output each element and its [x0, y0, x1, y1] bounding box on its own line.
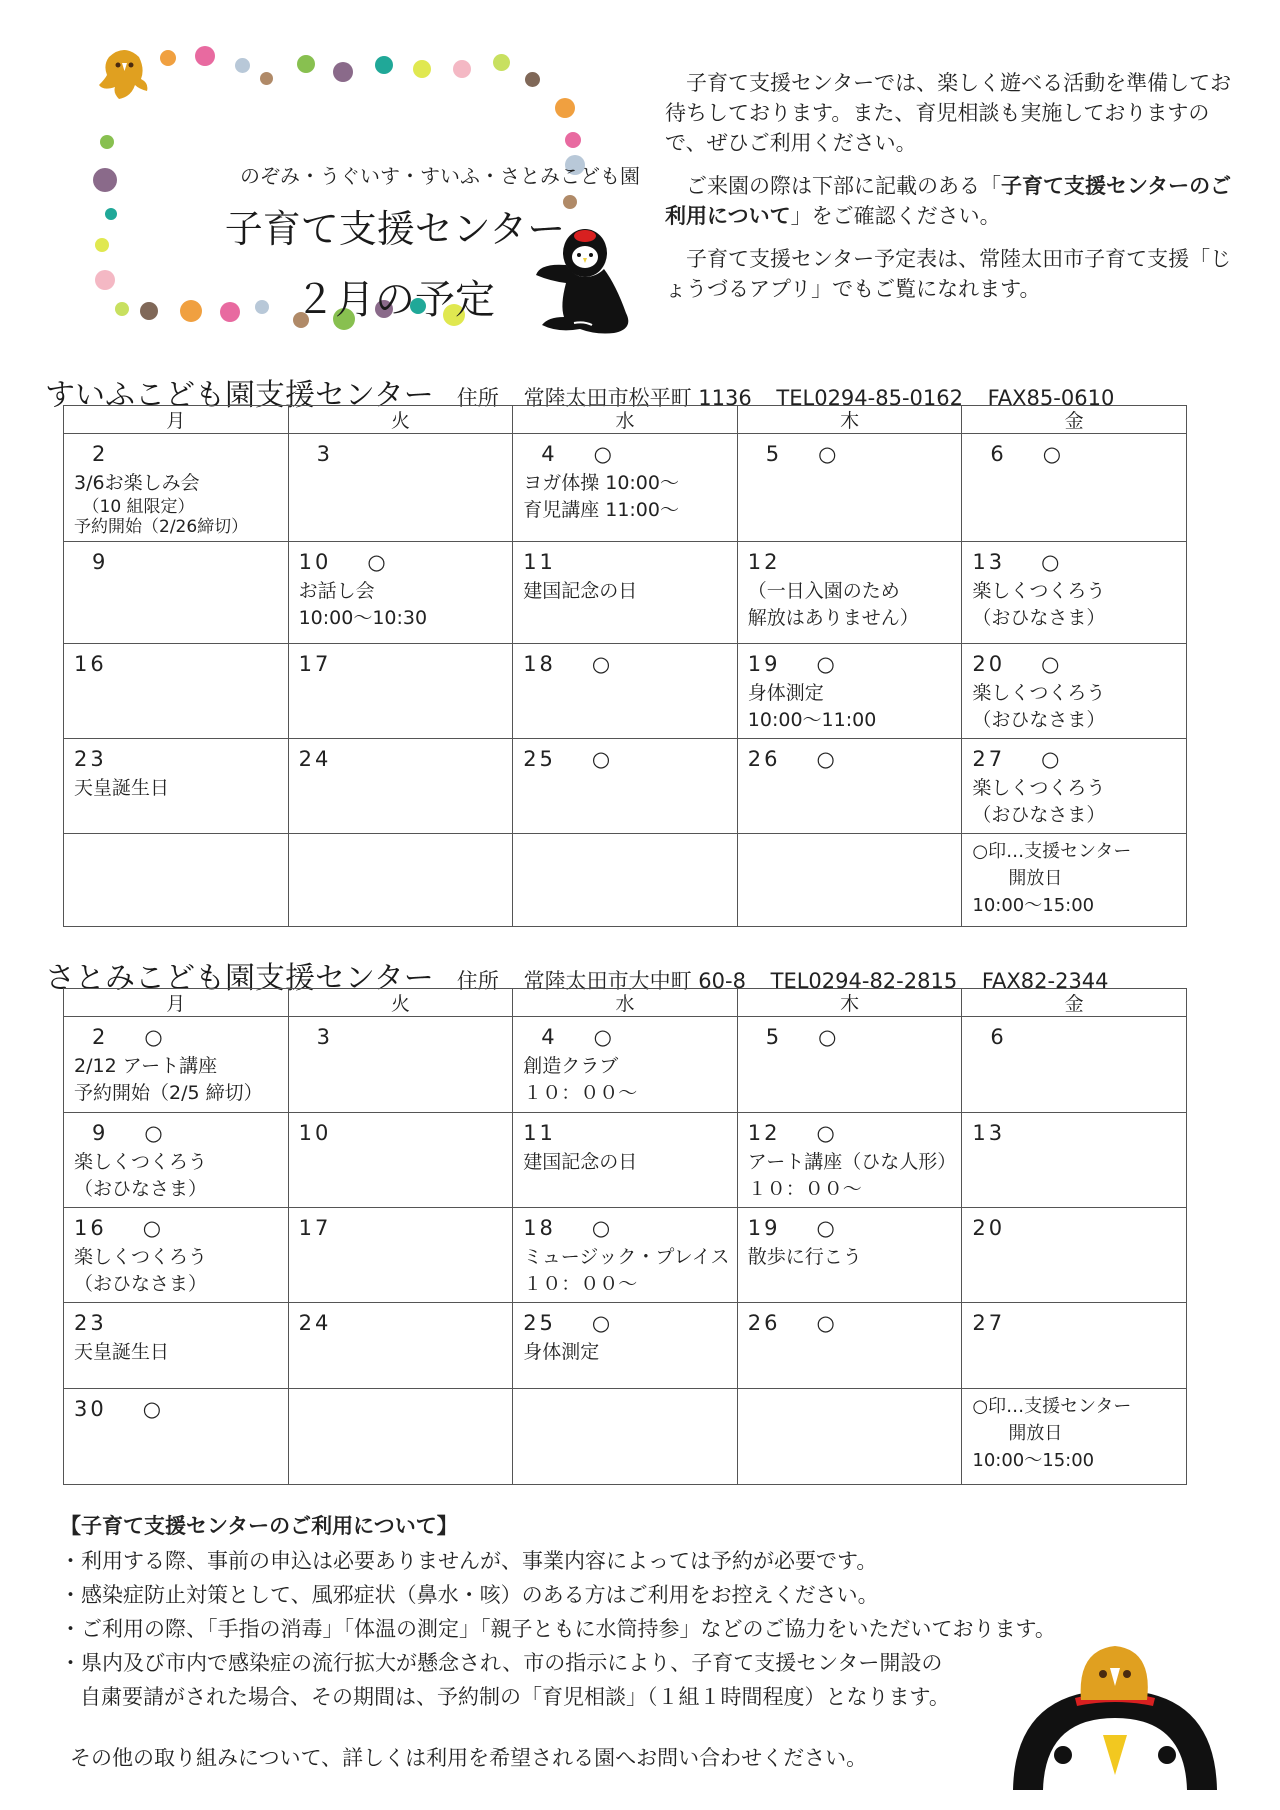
calendar-week-row: 9○楽しくつくろう（おひなさま）1011建国記念の日12○アート講座（ひな人形）…: [64, 1113, 1187, 1208]
orange-bird-mascot-icon: [95, 45, 153, 103]
calendar-day-cell: [513, 1389, 738, 1485]
day-number: 10: [299, 1117, 503, 1149]
calendar-day-cell: 13○楽しくつくろう（おひなさま）: [962, 542, 1187, 644]
day-number: 6: [972, 1021, 1176, 1053]
weekday-header: 木: [737, 989, 962, 1017]
day-number-text: 4: [541, 1025, 557, 1049]
event-text: 楽しくつくろう: [972, 578, 1176, 605]
weekday-header: 水: [513, 406, 738, 434]
decorative-dot: [235, 58, 250, 73]
calendar-day-cell: 24: [288, 1303, 513, 1389]
legend-line: ○印…支援センター: [972, 1393, 1176, 1420]
day-number-text: 17: [299, 1216, 332, 1240]
day-number-text: 24: [299, 747, 332, 771]
decorative-dot: [333, 62, 353, 82]
day-number-text: 20: [972, 652, 1005, 676]
calendar-day-cell: 27: [962, 1303, 1187, 1389]
day-number: [748, 1393, 952, 1425]
calendar-day-cell: 25○: [513, 739, 738, 834]
event-text: ミュージック・プレイス: [523, 1244, 727, 1271]
calendar-day-cell: 3: [288, 1017, 513, 1113]
day-number: 24: [299, 743, 503, 775]
open-day-circle-icon: ○: [592, 652, 613, 676]
calendar-week-row: 2○2/12 アート講座予約開始（2/5 締切）34○創造クラブ１０：００～5○…: [64, 1017, 1187, 1113]
day-number: 9: [74, 546, 278, 578]
event-text: 3/6お楽しみ会: [74, 470, 278, 497]
day-number: 17: [299, 1212, 503, 1244]
day-number-text: 25: [523, 747, 556, 771]
event-text: 楽しくつくろう: [972, 775, 1176, 802]
open-day-circle-icon: ○: [817, 1216, 838, 1240]
calendar-day-cell: 17: [288, 1208, 513, 1303]
day-number-text: 12: [748, 1121, 781, 1145]
notes-list: ・利用する際、事前の申込は必要ありませんが、事業内容によっては予約が必要です。 …: [60, 1544, 1160, 1714]
day-number-text: 13: [972, 1121, 1005, 1145]
event-text: 楽しくつくろう: [74, 1244, 278, 1271]
page-title: 子育て支援センター: [190, 198, 600, 253]
open-day-circle-icon: ○: [592, 1311, 613, 1335]
day-number: [523, 1393, 727, 1425]
day-number: 18○: [523, 648, 727, 680]
calendar-week-row: 23天皇誕生日2425○26○27○楽しくつくろう（おひなさま）: [64, 739, 1187, 834]
day-number: 2: [74, 438, 278, 470]
calendar-day-cell: 11建国記念の日: [513, 542, 738, 644]
day-number: 16: [74, 648, 278, 680]
event-text: （おひなさま）: [972, 707, 1176, 734]
day-number: 11: [523, 1117, 727, 1149]
day-number: [74, 838, 278, 870]
day-number: 27: [972, 1307, 1176, 1339]
day-number-text: 10: [299, 1121, 332, 1145]
decorative-dot: [297, 55, 315, 73]
note-item-4-continued: 自粛要請がされた場合、その期間は、予約制の「育児相談」（１組１時間程度）となりま…: [80, 1680, 1160, 1714]
calendar-day-cell: 16: [64, 644, 289, 739]
calendar-day-cell: 6: [962, 1017, 1187, 1113]
intro-text: 子育て支援センターでは、楽しく遊べる活動を準備してお待ちしております。また、育児…: [665, 68, 1245, 317]
legend-line: 10:00～15:00: [972, 892, 1176, 919]
decorative-dot: [105, 208, 117, 220]
event-text: 天皇誕生日: [74, 775, 278, 802]
event-text: 身体測定: [748, 680, 952, 707]
calendar-day-cell: 6○: [962, 434, 1187, 542]
decorative-dot: [565, 132, 581, 148]
calendar-week-row: 30○○印…支援センター 開放日10:00～15:00: [64, 1389, 1187, 1485]
event-text: 身体測定: [523, 1339, 727, 1366]
decorative-dot: [140, 302, 158, 320]
calendar-day-cell: 25○身体測定: [513, 1303, 738, 1389]
calendar-day-cell: [737, 1389, 962, 1485]
weekday-header: 金: [962, 989, 1187, 1017]
day-number: 23: [74, 743, 278, 775]
calendar-day-cell: 23/6お楽しみ会 （10 組限定）予約開始（2/26締切）: [64, 434, 289, 542]
page-month: ２月の予定: [190, 268, 600, 325]
day-number-text: 6: [990, 1025, 1006, 1049]
note-item-4-text: ・県内及び市内で感染症の流行拡大が懸念され、市の指示により、子育て支援センター開…: [60, 1651, 942, 1675]
weekday-header: 月: [64, 406, 289, 434]
calendar-day-cell: 10○お話し会10:00～10:30: [288, 542, 513, 644]
open-day-circle-icon: ○: [817, 1121, 838, 1145]
day-number: 27○: [972, 743, 1176, 775]
calendar-week-row: 910○お話し会10:00～10:3011建国記念の日12（一日入園のため解放は…: [64, 542, 1187, 644]
calendar-day-cell: 17: [288, 644, 513, 739]
day-number-text: 26: [748, 747, 781, 771]
day-number-text: 23: [74, 747, 107, 771]
event-text: （おひなさま）: [972, 605, 1176, 632]
calendar-day-cell: 27○楽しくつくろう（おひなさま）: [962, 739, 1187, 834]
day-number: 25○: [523, 1307, 727, 1339]
legend-line: ○印…支援センター: [972, 838, 1176, 865]
open-day-circle-icon: ○: [818, 442, 839, 466]
calendar-day-cell: 11建国記念の日: [513, 1113, 738, 1208]
intro-paragraph-1: 子育て支援センターでは、楽しく遊べる活動を準備してお待ちしております。また、育児…: [665, 68, 1245, 158]
day-number-text: 2: [92, 1025, 108, 1049]
event-text: 建国記念の日: [523, 578, 727, 605]
day-number: 9○: [74, 1117, 278, 1149]
event-text: 予約開始（2/5 締切）: [74, 1080, 278, 1107]
day-number-text: 11: [523, 550, 556, 574]
event-text: （おひなさま）: [74, 1176, 278, 1203]
calendar-week-row: 16○楽しくつくろう（おひなさま）1718○ミュージック・プレイス１０：００～1…: [64, 1208, 1187, 1303]
open-day-circle-icon: ○: [594, 442, 615, 466]
open-day-circle-icon: ○: [1041, 747, 1062, 771]
event-text: （おひなさま）: [74, 1271, 278, 1298]
penguin-with-bird-mascot-icon: [1005, 1640, 1225, 1810]
open-day-circle-icon: ○: [594, 1025, 615, 1049]
calendar-day-cell: 12（一日入園のため解放はありません）: [737, 542, 962, 644]
open-day-circle-icon: ○: [143, 1216, 164, 1240]
weekday-header: 火: [288, 406, 513, 434]
day-number-text: 9: [92, 550, 108, 574]
day-number: 5○: [748, 438, 952, 470]
calendar-day-cell: 10: [288, 1113, 513, 1208]
calendar-day-cell: 5○: [737, 1017, 962, 1113]
calendar-day-cell: [288, 834, 513, 927]
decorative-dot: [195, 46, 215, 66]
event-text: （おひなさま）: [972, 802, 1176, 829]
day-number: 20○: [972, 648, 1176, 680]
calendar-week-row: 23/6お楽しみ会 （10 組限定）予約開始（2/26締切）34○ヨガ体操 10…: [64, 434, 1187, 542]
decorative-dot: [95, 238, 109, 252]
event-text: 散歩に行こう: [748, 1244, 952, 1271]
day-number-text: 30: [74, 1397, 107, 1421]
day-number: 4○: [523, 1021, 727, 1053]
day-number: [299, 838, 503, 870]
event-text: １０：００～: [748, 1176, 952, 1203]
open-day-circle-icon: ○: [817, 747, 838, 771]
notes-title: 【子育て支援センターのご利用について】: [60, 1510, 1160, 1540]
decorative-dot: [375, 56, 393, 74]
usage-notes: 【子育て支援センターのご利用について】 ・利用する際、事前の申込は必要ありません…: [60, 1510, 1160, 1714]
day-number-text: 12: [748, 550, 781, 574]
decorative-dot: [93, 168, 117, 192]
legend-cell: ○印…支援センター 開放日10:00～15:00: [962, 834, 1187, 927]
calendar-day-cell: 19○身体測定10:00～11:00: [737, 644, 962, 739]
satomi-calendar: 月火水木金 2○2/12 アート講座予約開始（2/5 締切）34○創造クラブ１０…: [63, 988, 1187, 1485]
calendar-day-cell: [64, 834, 289, 927]
day-number: 12○: [748, 1117, 952, 1149]
open-day-circle-icon: ○: [367, 550, 388, 574]
calendar-day-cell: 20○楽しくつくろう（おひなさま）: [962, 644, 1187, 739]
event-text: 解放はありません）: [748, 605, 952, 632]
day-number-text: 3: [317, 1025, 333, 1049]
event-text: ヨガ体操 10:00～: [523, 470, 727, 497]
day-number-text: 20: [972, 1216, 1005, 1240]
event-text: 2/12 アート講座: [74, 1053, 278, 1080]
calendar-day-cell: 9○楽しくつくろう（おひなさま）: [64, 1113, 289, 1208]
decorative-dot: [555, 98, 575, 118]
banner-subtitle: のぞみ・うぐいす・すいふ・さとみこども園: [240, 160, 640, 189]
day-number: 23: [74, 1307, 278, 1339]
day-number: 19○: [748, 1212, 952, 1244]
day-number: 10○: [299, 546, 503, 578]
day-number: [748, 838, 952, 870]
legend-line: 開放日: [972, 1420, 1176, 1447]
calendar-day-cell: 20: [962, 1208, 1187, 1303]
day-number-text: 19: [748, 652, 781, 676]
weekday-header: 金: [962, 406, 1187, 434]
event-text: 楽しくつくろう: [972, 680, 1176, 707]
open-day-circle-icon: ○: [1043, 442, 1064, 466]
weekday-header-row: 月火水木金: [64, 406, 1187, 434]
day-number: 4○: [523, 438, 727, 470]
suifu-calendar: 月火水木金 23/6お楽しみ会 （10 組限定）予約開始（2/26締切）34○ヨ…: [63, 405, 1187, 927]
day-number: 11: [523, 546, 727, 578]
event-note: 予約開始（2/26締切）: [74, 517, 278, 537]
decorative-dot: [453, 60, 471, 78]
calendar-day-cell: [288, 1389, 513, 1485]
decorative-dot: [100, 135, 114, 149]
intro-paragraph-3: 子育て支援センター予定表は、常陸太田市子育て支援「じょうづるアプリ」でもご覧にな…: [665, 244, 1245, 304]
day-number-text: 5: [766, 442, 782, 466]
day-number: 18○: [523, 1212, 727, 1244]
calendar-day-cell: 16○楽しくつくろう（おひなさま）: [64, 1208, 289, 1303]
day-number: 30○: [74, 1393, 278, 1425]
note-item: ・ご利用の際、「手指の消毒」「体温の測定」「親子ともに水筒持参」などのご協力をい…: [60, 1612, 1160, 1646]
day-number: 26○: [748, 743, 952, 775]
weekday-header: 水: [513, 989, 738, 1017]
calendar-day-cell: [737, 834, 962, 927]
calendar-day-cell: 9: [64, 542, 289, 644]
day-number: 12: [748, 546, 952, 578]
note-item: ・感染症防止対策として、風邪症状（鼻水・咳）のある方はご利用をお控えください。: [60, 1578, 1160, 1612]
intro-p2-after: 」をご確認ください。: [791, 204, 1001, 228]
calendar-day-cell: 4○創造クラブ１０：００～: [513, 1017, 738, 1113]
day-number: 5○: [748, 1021, 952, 1053]
day-number: 17: [299, 648, 503, 680]
day-number-text: 5: [766, 1025, 782, 1049]
day-number-text: 26: [748, 1311, 781, 1335]
event-text: アート講座（ひな人形）: [748, 1149, 952, 1176]
event-text: 10:00～10:30: [299, 605, 503, 632]
day-number-text: 24: [299, 1311, 332, 1335]
calendar-day-cell: 30○: [64, 1389, 289, 1485]
event-text: １０：００～: [523, 1271, 727, 1298]
open-day-circle-icon: ○: [817, 1311, 838, 1335]
event-text: 天皇誕生日: [74, 1339, 278, 1366]
day-number-text: 19: [748, 1216, 781, 1240]
weekday-header: 木: [737, 406, 962, 434]
day-number: 26○: [748, 1307, 952, 1339]
day-number-text: 2: [92, 442, 108, 466]
calendar-day-cell: 5○: [737, 434, 962, 542]
day-number-text: 27: [972, 1311, 1005, 1335]
day-number-text: 10: [299, 550, 332, 574]
event-text: 10:00～11:00: [748, 707, 952, 734]
event-text: 育児講座 11:00～: [523, 497, 727, 524]
event-text: 楽しくつくろう: [74, 1149, 278, 1176]
day-number: [523, 838, 727, 870]
day-number: 19○: [748, 648, 952, 680]
open-day-circle-icon: ○: [144, 1025, 165, 1049]
day-number-text: 11: [523, 1121, 556, 1145]
decorative-dot: [160, 50, 176, 66]
open-day-circle-icon: ○: [818, 1025, 839, 1049]
intro-p2-before: ご来園の際は下部に記載のある「: [686, 174, 1001, 198]
day-number: 3: [299, 1021, 503, 1053]
calendar-day-cell: 18○: [513, 644, 738, 739]
day-number: 3: [299, 438, 503, 470]
event-text: お話し会: [299, 578, 503, 605]
weekday-header-row: 月火水木金: [64, 989, 1187, 1017]
day-number: 16○: [74, 1212, 278, 1244]
day-number-text: 13: [972, 550, 1005, 574]
open-day-circle-icon: ○: [1041, 652, 1062, 676]
decorative-dot: [493, 54, 510, 71]
decorative-dot: [95, 270, 115, 290]
event-note: （10 組限定）: [74, 497, 278, 517]
decorative-dot: [413, 60, 431, 78]
day-number-text: 6: [990, 442, 1006, 466]
note-item: ・利用する際、事前の申込は必要ありませんが、事業内容によっては予約が必要です。: [60, 1544, 1160, 1578]
open-day-circle-icon: ○: [592, 1216, 613, 1240]
calendar-day-cell: [513, 834, 738, 927]
calendar-day-cell: 18○ミュージック・プレイス１０：００～: [513, 1208, 738, 1303]
calendar-day-cell: 2○2/12 アート講座予約開始（2/5 締切）: [64, 1017, 289, 1113]
calendar-day-cell: 12○アート講座（ひな人形）１０：００～: [737, 1113, 962, 1208]
calendar-day-cell: 23天皇誕生日: [64, 1303, 289, 1389]
day-number-text: 9: [92, 1121, 108, 1145]
intro-paragraph-2: ご来園の際は下部に記載のある「子育て支援センターのご利用について」をご確認くださ…: [665, 171, 1245, 231]
open-day-circle-icon: ○: [1041, 550, 1062, 574]
calendar-day-cell: 3: [288, 434, 513, 542]
weekday-header: 火: [288, 989, 513, 1017]
calendar-day-cell: 19○散歩に行こう: [737, 1208, 962, 1303]
open-day-circle-icon: ○: [143, 1397, 164, 1421]
calendar-week-row: 161718○19○身体測定10:00～11:0020○楽しくつくろう（おひなさ…: [64, 644, 1187, 739]
day-number: 13: [972, 1117, 1176, 1149]
decorative-dot: [525, 72, 540, 87]
calendar-day-cell: 23天皇誕生日: [64, 739, 289, 834]
weekday-header: 月: [64, 989, 289, 1017]
calendar-week-row: 23天皇誕生日2425○身体測定26○27: [64, 1303, 1187, 1389]
day-number-text: 17: [299, 652, 332, 676]
day-number-text: 16: [74, 1216, 107, 1240]
open-day-circle-icon: ○: [817, 652, 838, 676]
day-number: 25○: [523, 743, 727, 775]
legend-cell: ○印…支援センター 開放日10:00～15:00: [962, 1389, 1187, 1485]
event-text: 創造クラブ: [523, 1053, 727, 1080]
day-number: 2○: [74, 1021, 278, 1053]
open-day-circle-icon: ○: [592, 747, 613, 771]
note-item: ・県内及び市内で感染症の流行拡大が懸念され、市の指示により、子育て支援センター開…: [60, 1646, 1160, 1714]
day-number-text: 4: [541, 442, 557, 466]
open-day-circle-icon: ○: [144, 1121, 165, 1145]
legend-line: 10:00～15:00: [972, 1447, 1176, 1474]
event-text: １０：００～: [523, 1080, 727, 1107]
event-text: 建国記念の日: [523, 1149, 727, 1176]
day-number-text: 18: [523, 652, 556, 676]
day-number-text: 18: [523, 1216, 556, 1240]
decorative-dot: [115, 302, 129, 316]
calendar-day-cell: 26○: [737, 739, 962, 834]
calendar-week-row: ○印…支援センター 開放日10:00～15:00: [64, 834, 1187, 927]
day-number-text: 16: [74, 652, 107, 676]
day-number-text: 27: [972, 747, 1005, 771]
header-banner: のぞみ・うぐいす・すいふ・さとみこども園 子育て支援センター ２月の予定: [85, 40, 645, 340]
calendar-day-cell: 4○ヨガ体操 10:00～育児講座 11:00～: [513, 434, 738, 542]
day-number: 24: [299, 1307, 503, 1339]
legend-line: 開放日: [972, 865, 1176, 892]
decorative-dot: [260, 72, 273, 85]
day-number-text: 3: [317, 442, 333, 466]
day-number: 20: [972, 1212, 1176, 1244]
day-number: 6○: [972, 438, 1176, 470]
day-number: 13○: [972, 546, 1176, 578]
footer-note: その他の取り組みについて、詳しくは利用を希望される園へお問い合わせください。: [70, 1742, 867, 1772]
event-text: （一日入園のため: [748, 578, 952, 605]
calendar-day-cell: 26○: [737, 1303, 962, 1389]
day-number: [299, 1393, 503, 1425]
day-number-text: 23: [74, 1311, 107, 1335]
calendar-day-cell: 13: [962, 1113, 1187, 1208]
day-number-text: 25: [523, 1311, 556, 1335]
calendar-day-cell: 24: [288, 739, 513, 834]
